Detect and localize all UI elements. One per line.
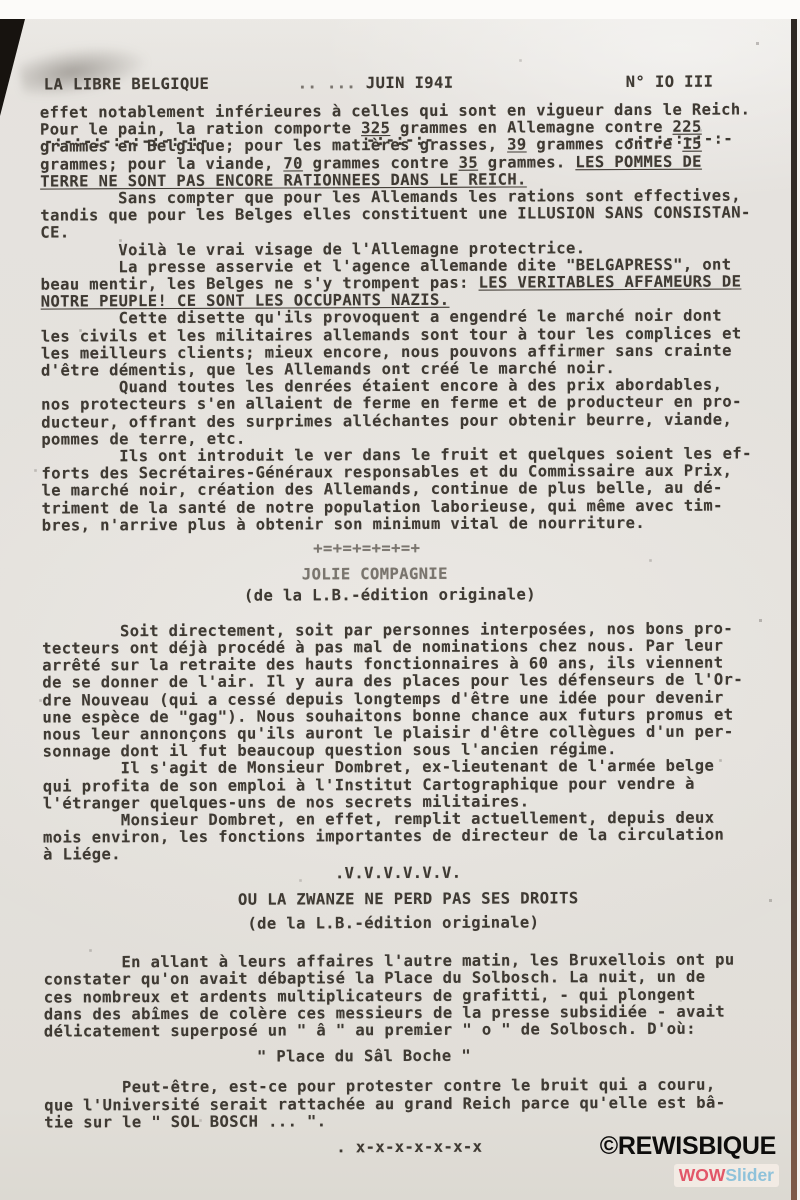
document-line: délicatement superposé un " â " au premi… <box>44 1020 774 1040</box>
document-line: mois environ, les fonctions importantes … <box>43 826 773 846</box>
document-line: ducteur, offrant des surprimes alléchant… <box>41 411 771 431</box>
wowslider-slider-text: Slider <box>725 1165 774 1185</box>
newspaper-title: LA LIBRE BELGIQUE <box>44 75 210 95</box>
wowslider-wow-text: WOW <box>679 1165 726 1185</box>
document-line: (de la L.B.-édition originale) <box>25 586 755 606</box>
paragraph-12: Peut-être, est-ce pour protester contre … <box>44 1077 774 1132</box>
paragraph-2: Sans compter que pour les Allemands les … <box>40 187 770 242</box>
masthead: LA LIBRE BELGIQUE -:-:-:-:-:-:-:-:- .. .… <box>0 34 798 37</box>
heading-zwanze: OU LA ZWANZE NE PERD PAS SES DROITS <box>43 889 773 909</box>
document-line: (de la L.B.-édition originale) <box>28 913 758 933</box>
document-line: " Place du Sâl Boche " <box>0 1047 729 1067</box>
paragraph-11: En allant à leurs affaires l'autre matin… <box>44 952 774 1041</box>
heading-jolie-compagnie: JOLIE COMPAGNIE <box>10 565 740 585</box>
separator-plus: +=+=+=+=+=+ <box>2 539 732 559</box>
quote-sal-boche: " Place du Sâl Boche " <box>0 1047 729 1067</box>
date-faded-dots: .. ... <box>298 74 356 92</box>
paragraph-4: La presse asservie et l'agence allemande… <box>41 256 771 311</box>
document-line: tandis que pour les Belges elles constit… <box>40 205 770 225</box>
issue-date-text: JUIN I94I <box>356 74 453 92</box>
paragraph-6: Quand toutes les denrées étaient encore … <box>41 377 771 449</box>
document-body: effet notablement inférieures à celles q… <box>40 101 775 1157</box>
document-line: OU LA ZWANZE NE PERD PAS SES DROITS <box>43 889 773 909</box>
document-line: que l'Université serait rattachée au gra… <box>44 1094 774 1114</box>
document-line: tie sur le " SOL BOSCH ... ". <box>44 1111 774 1131</box>
document-line: JOLIE COMPAGNIE <box>10 565 740 585</box>
paragraph-7: Ils ont introduit le ver dans le fruit e… <box>41 445 771 534</box>
scanned-page: { "colors": { "paper": "#eae7e2", "ink":… <box>0 0 800 1200</box>
document-line: +=+=+=+=+=+ <box>2 539 732 559</box>
paragraph-10: Monsieur Dombret, en effet, remplit actu… <box>43 809 773 864</box>
document-sheet: LA LIBRE BELGIQUE -:-:-:-:-:-:-:-:- .. .… <box>0 0 800 1200</box>
document-line: à Liége. <box>43 844 773 864</box>
paragraph-1: effet notablement inférieures à celles q… <box>40 101 770 190</box>
separator-v: .V.V.V.V.V.V. <box>33 863 763 883</box>
subheading-1: (de la L.B.-édition originale) <box>25 586 755 606</box>
paragraph-9: Il s'agit de Monsieur Dombret, ex-lieute… <box>43 758 773 813</box>
paragraph-5: Cette disette qu'ils provoquent a engend… <box>41 308 771 380</box>
document-line: .V.V.V.V.V.V. <box>33 863 763 883</box>
wowslider-badge[interactable]: WOWSlider <box>674 1164 779 1187</box>
copyright-watermark: ©REWISBIQUE <box>600 1132 776 1161</box>
document-line: bres, n'arrive plus à obtenir son minimu… <box>42 514 772 534</box>
subheading-2: (de la L.B.-édition originale) <box>28 913 758 933</box>
paragraph-8: Soit directement, soit par personnes int… <box>42 620 773 761</box>
issue-number: N° IO III <box>626 73 733 92</box>
issue-date: .. ... JUIN I94I <box>298 74 454 94</box>
